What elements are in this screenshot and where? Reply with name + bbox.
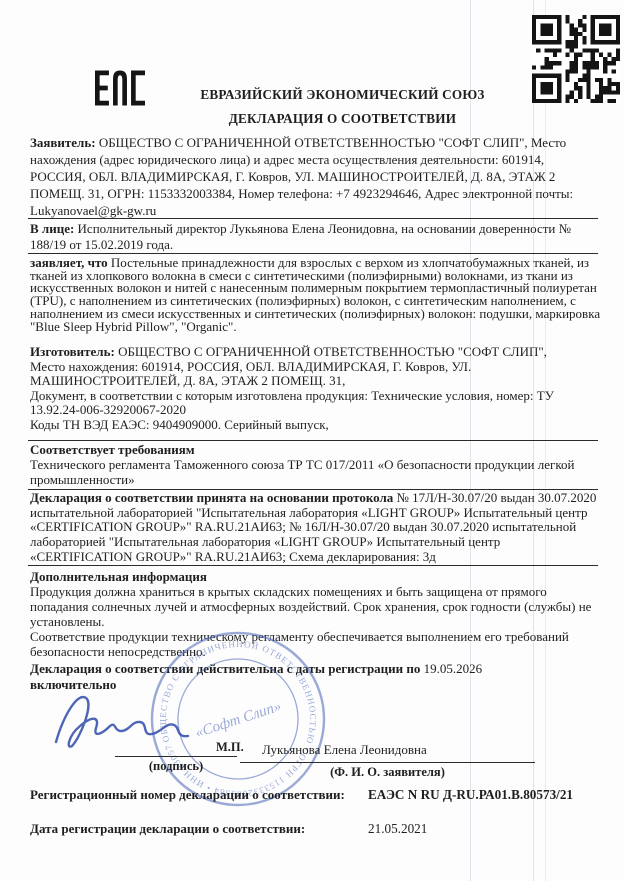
divider [28,565,598,566]
signature-line [115,756,237,757]
manufacturer-section: Изготовитель: ОБЩЕСТВО С ОГРАНИЧЕННОЙ ОТ… [30,345,602,432]
declares-text: Постельные принадлежности для взрослых с… [30,255,600,334]
reg-date-label: Дата регистрации декларации о соответств… [30,821,305,837]
applicant-label: Заявитель: [30,135,96,150]
in-person-section: В лице: Исполнительный директор Лукьянов… [30,221,602,253]
manufacturer-doc-line: Документ, в соответствии с которым изгот… [30,389,602,418]
declares-section: заявляет, что Постельные принадлежности … [30,257,602,333]
divider [28,218,598,219]
reg-number-value: ЕАЭС N RU Д-RU.РА01.В.80573/21 [368,787,573,803]
union-title: ЕВРАЗИЙСКИЙ ЭКОНОМИЧЕСКИЙ СОЮЗ [175,83,510,107]
conforms-section: Соответствует требованиям Технического р… [30,442,602,487]
stamp-center-text: «Софт Слип» [193,699,283,742]
reg-date-value: 21.05.2021 [368,821,427,837]
declaration-document: ЕВРАЗИЙСКИЙ ЭКОНОМИЧЕСКИЙ СОЮЗ ДЕКЛАРАЦИ… [0,0,625,881]
protocol-label: Декларация о соответствии принята на осн… [30,490,393,505]
validity-date: 19.05.2026 [420,661,482,676]
applicant-name: Лукьянова Елена Леонидовна [262,742,427,758]
divider [28,253,598,254]
manufacturer-codes-line: Коды ТН ВЭД ЕАЭС: 9404909000. Серийный в… [30,418,602,433]
name-line [240,762,535,763]
name-caption: (Ф. И. О. заявителя) [240,765,535,780]
additional-info-label: Дополнительная информация [30,569,207,584]
manufacturer-line3: МАШИНОСТРОИТЕЛЕЙ, Д. 8А, ЭТАЖ 2 ПОМЕЩ. 3… [30,374,602,389]
header-titles: ЕВРАЗИЙСКИЙ ЭКОНОМИЧЕСКИЙ СОЮЗ ДЕКЛАРАЦИ… [175,83,510,131]
eac-mark-icon [95,69,145,107]
protocol-section: Декларация о соответствии принята на осн… [30,491,602,565]
additional-info-text1: Продукция должна храниться в крытых скла… [30,584,602,629]
in-person-label: В лице: [30,221,74,236]
applicant-section: Заявитель: ОБЩЕСТВО С ОГРАНИЧЕННОЙ ОТВЕТ… [30,134,602,219]
in-person-text: Исполнительный директор Лукьянова Елена … [30,221,571,252]
manufacturer-label: Изготовитель: [30,344,115,359]
conforms-text: Технического регламента Таможенного союз… [30,457,602,487]
divider [28,440,598,441]
document-title: ДЕКЛАРАЦИЯ О СООТВЕТСТВИИ [175,107,510,131]
applicant-text: ОБЩЕСТВО С ОГРАНИЧЕННОЙ ОТВЕТСТВЕННОСТЬЮ… [30,135,573,218]
conforms-label: Соответствует требованиям [30,442,195,457]
reg-number-label: Регистрационный номер декларации о соотв… [30,787,345,803]
manufacturer-line2: Место нахождения: 601914, РОССИЯ, ОБЛ. В… [30,360,602,375]
signature-caption: (подпись) [115,759,237,774]
mp-label: М.П. [216,740,244,755]
qr-code [532,15,620,103]
manufacturer-line1: ОБЩЕСТВО С ОГРАНИЧЕННОЙ ОТВЕТСТВЕННОСТЬЮ… [115,344,547,359]
handwritten-signature [48,688,198,760]
